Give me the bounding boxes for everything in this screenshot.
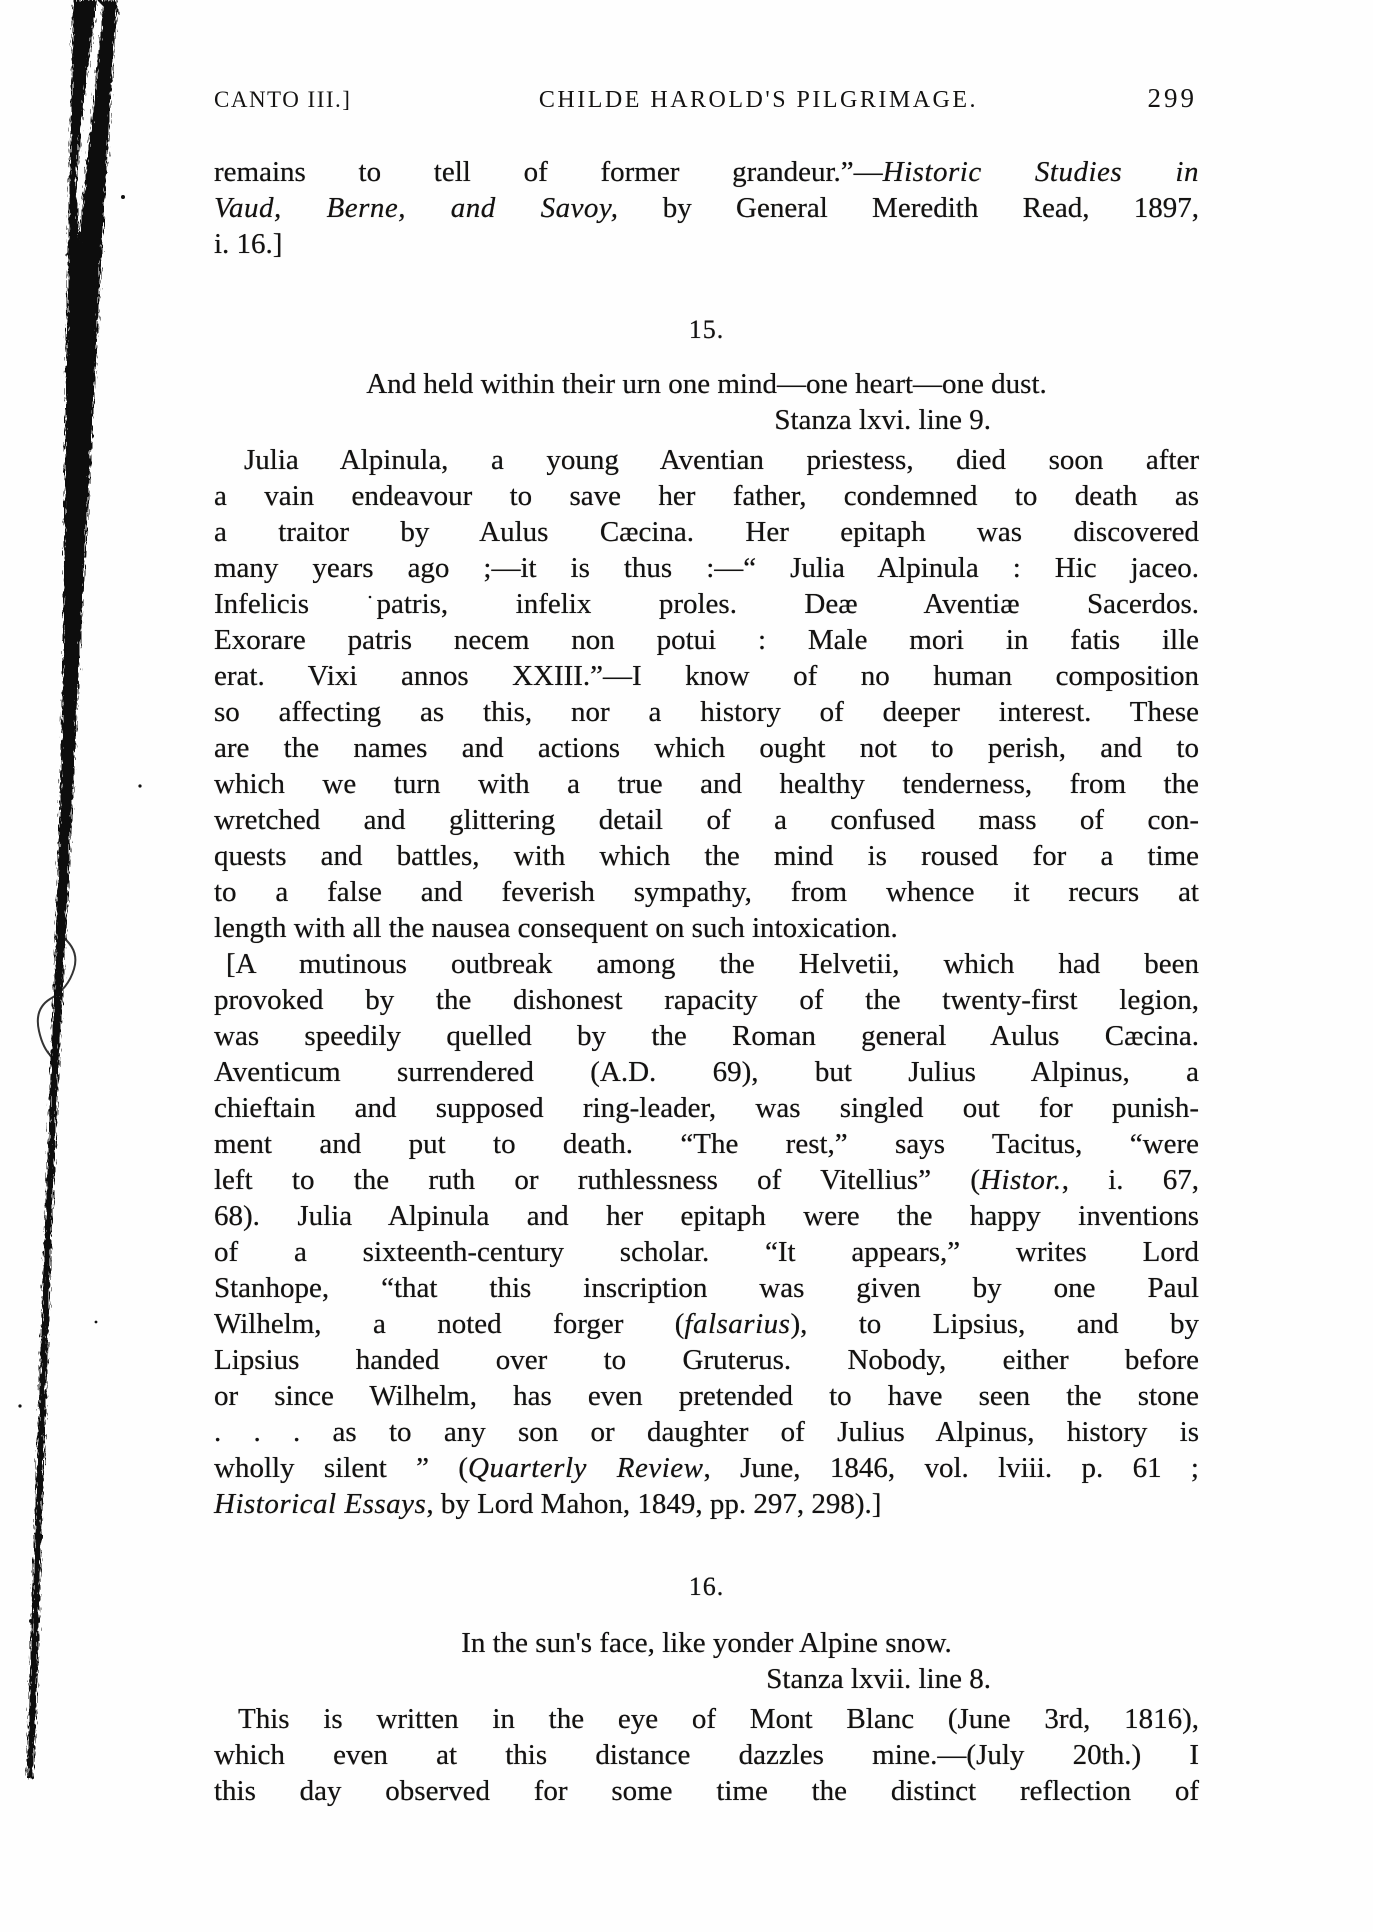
mont-blanc-paragraph: This is written in the eye of Mont Blanc… xyxy=(214,1701,1199,1809)
text-line: quests and battles, with which the mind … xyxy=(214,838,1199,874)
text-line: Stanhope, “that this inscription was giv… xyxy=(214,1270,1199,1306)
text-column: CANTO III.] CHILDE HAROLD'S PILGRIMAGE. … xyxy=(214,80,1199,1809)
text-line: 68). Julia Alpinula and her epitaph were… xyxy=(214,1198,1199,1234)
binding-shadow-highlight xyxy=(76,0,103,240)
running-header: CANTO III.] CHILDE HAROLD'S PILGRIMAGE. … xyxy=(214,80,1199,118)
text-line: Julia Alpinula, a young Aventian prieste… xyxy=(214,442,1199,478)
text-line: Infelicis patris, infelix proles. Deæ Av… xyxy=(214,586,1199,622)
intro-paragraph: remains to tell of former grandeur.”—His… xyxy=(214,154,1199,262)
julia-alpinula-paragraph: Julia Alpinula, a young Aventian prieste… xyxy=(214,442,1199,946)
hair-artifact xyxy=(38,935,76,1057)
scanned-book-page: CANTO III.] CHILDE HAROLD'S PILGRIMAGE. … xyxy=(0,0,1373,1932)
text-line: This is written in the eye of Mont Blanc… xyxy=(214,1701,1199,1737)
text-line: which we turn with a true and healthy te… xyxy=(214,766,1199,802)
text-line: Historical Essays, by Lord Mahon, 1849, … xyxy=(214,1486,1199,1522)
text-line: erat. Vixi annos XXIII.”—I know of no hu… xyxy=(214,658,1199,694)
text-line: which even at this distance dazzles mine… xyxy=(214,1737,1199,1773)
book-title: CHILDE HAROLD'S PILGRIMAGE. xyxy=(351,82,1147,118)
text-line: to a false and feverish sympathy, from w… xyxy=(214,874,1199,910)
stanza-quote: In the sun's face, like yonder Alpine sn… xyxy=(214,1625,1199,1661)
section-15: 15. And held within their urn one mind—o… xyxy=(214,312,1199,1522)
text-line: Exorare patris necem non potui : Male mo… xyxy=(214,622,1199,658)
canto-label: CANTO III.] xyxy=(214,82,351,118)
section-15-body: Julia Alpinula, a young Aventian prieste… xyxy=(214,442,1199,1522)
stanza-quote: And held within their urn one mind—one h… xyxy=(214,366,1199,402)
mutinous-outbreak-paragraph: [A mutinous outbreak among the Helvetii,… xyxy=(214,946,1199,1522)
text-line: provoked by the dishonest rapacity of th… xyxy=(214,982,1199,1018)
section-number: 15. xyxy=(214,312,1199,348)
text-line: Aventicum surrendered (A.D. 69), but Jul… xyxy=(214,1054,1199,1090)
page-number: 299 xyxy=(1148,80,1200,116)
text-line: of a sixteenth-century scholar. “It appe… xyxy=(214,1234,1199,1270)
text-line: a vain endeavour to save her father, con… xyxy=(214,478,1199,514)
text-line: chieftain and supposed ring-leader, was … xyxy=(214,1090,1199,1126)
stanza-reference: Stanza lxvii. line 8. xyxy=(214,1661,1199,1697)
text-line: wholly silent ” (Quarterly Review, June,… xyxy=(214,1450,1199,1486)
text-line: was speedily quelled by the Roman genera… xyxy=(214,1018,1199,1054)
section-16: 16. In the sun's face, like yonder Alpin… xyxy=(214,1569,1199,1809)
text-line: [A mutinous outbreak among the Helvetii,… xyxy=(214,946,1199,982)
section-number: 16. xyxy=(214,1569,1199,1605)
text-line: . . . as to any son or daughter of Juliu… xyxy=(214,1414,1199,1450)
text-line: length with all the nausea consequent on… xyxy=(214,910,1199,946)
binding-shadow-artifact xyxy=(27,0,118,1778)
text-line: remains to tell of former grandeur.”—His… xyxy=(214,154,1199,190)
text-line: Wilhelm, a noted forger (falsarius), to … xyxy=(214,1306,1199,1342)
text-line: so affecting as this, nor a history of d… xyxy=(214,694,1199,730)
text-line: ment and put to death. “The rest,” says … xyxy=(214,1126,1199,1162)
text-line: Lipsius handed over to Gruterus. Nobody,… xyxy=(214,1342,1199,1378)
text-line: left to the ruth or ruthlessness of Vite… xyxy=(214,1162,1199,1198)
text-line: or since Wilhelm, has even pretended to … xyxy=(214,1378,1199,1414)
stanza-reference: Stanza lxvi. line 9. xyxy=(214,402,1199,438)
text-line: Vaud, Berne, and Savoy, by General Mered… xyxy=(214,190,1199,226)
text-line: many years ago ;—it is thus :—“ Julia Al… xyxy=(214,550,1199,586)
text-line: are the names and actions which ought no… xyxy=(214,730,1199,766)
text-line: this day observed for some time the dist… xyxy=(214,1773,1199,1809)
section-16-body: This is written in the eye of Mont Blanc… xyxy=(214,1701,1199,1809)
text-line: i. 16.] xyxy=(214,226,1199,262)
text-line: wretched and glittering detail of a conf… xyxy=(214,802,1199,838)
text-line: a traitor by Aulus Cæcina. Her epitaph w… xyxy=(214,514,1199,550)
